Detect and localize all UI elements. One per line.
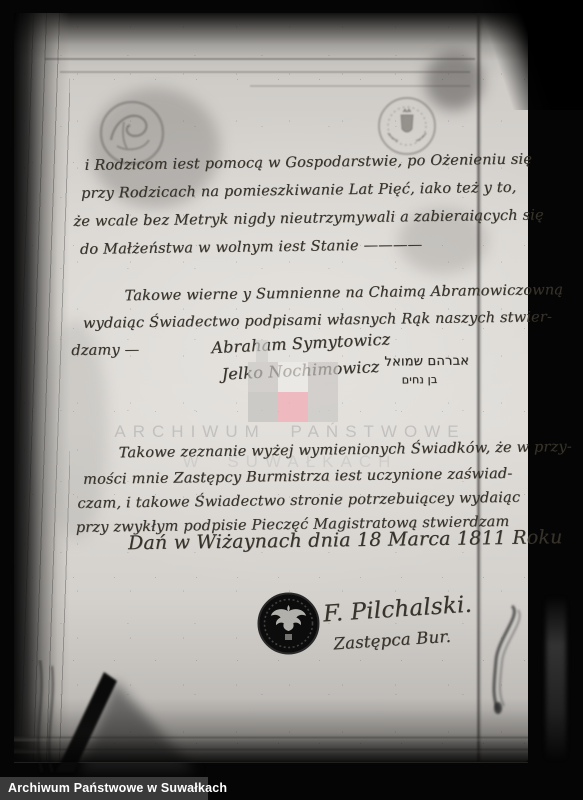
logo-square-white [278,362,308,392]
watermark-text-line2: W SUWAŁKACH [40,452,540,472]
logo-square-gray [308,392,338,422]
scan-bottom-shadow [14,698,528,762]
book-pages-edge [546,596,566,761]
manuscript-line: przy Rodzicach na pomieszkiwanie Lat Pię… [81,180,517,202]
archival-scan-view: i Rodzicom iest pomocą w Gospodarstwie, … [0,0,583,800]
watermark-text-line1: ARCHIWUM PAŃSTWOWE [40,422,540,442]
official-title: Zastępca Bur. [333,627,452,654]
logo-square-gray [248,392,278,422]
manuscript-line: dzamy — [71,342,139,359]
logo-square-gray [248,362,278,392]
official-signature: F. Pilchalski. [322,592,473,628]
logo-tab [256,340,268,362]
logo-square-gray [308,362,338,392]
archive-caption-bar: Archiwum Państwowe w Suwałkach [0,777,208,800]
manuscript-line: wydaiąc Świadectwo podpisami własnych Rą… [83,309,552,332]
manuscript-line: że wcale bez Metryk nigdy nieutrzymywali… [73,207,544,230]
hebrew-signature: אברהם שמואל [384,354,469,370]
scan-black-corner [483,0,583,110]
eagle-seal-icon [257,592,320,655]
manuscript-line: Takowe wierne y Sumnienne na Chaimą Abra… [124,282,563,304]
hebrew-signature: בן נחים [402,373,438,386]
archive-caption-label: Archiwum Państwowe w Suwałkach [0,777,208,800]
manuscript-line: do Małżeństwa w wolnym iest Stanie ———— [80,237,423,258]
manuscript-line: i Rodzicom iest pomocą w Gospodarstwie, … [85,152,533,174]
logo-square-pink [278,392,308,422]
manuscript-line: czam, i takowe Świadectwo stronie potrze… [77,490,520,512]
dateline: Dań w Wiżaynach dnia 18 Marca 1811 Roku [128,526,563,554]
archive-watermark-logo [248,340,338,422]
